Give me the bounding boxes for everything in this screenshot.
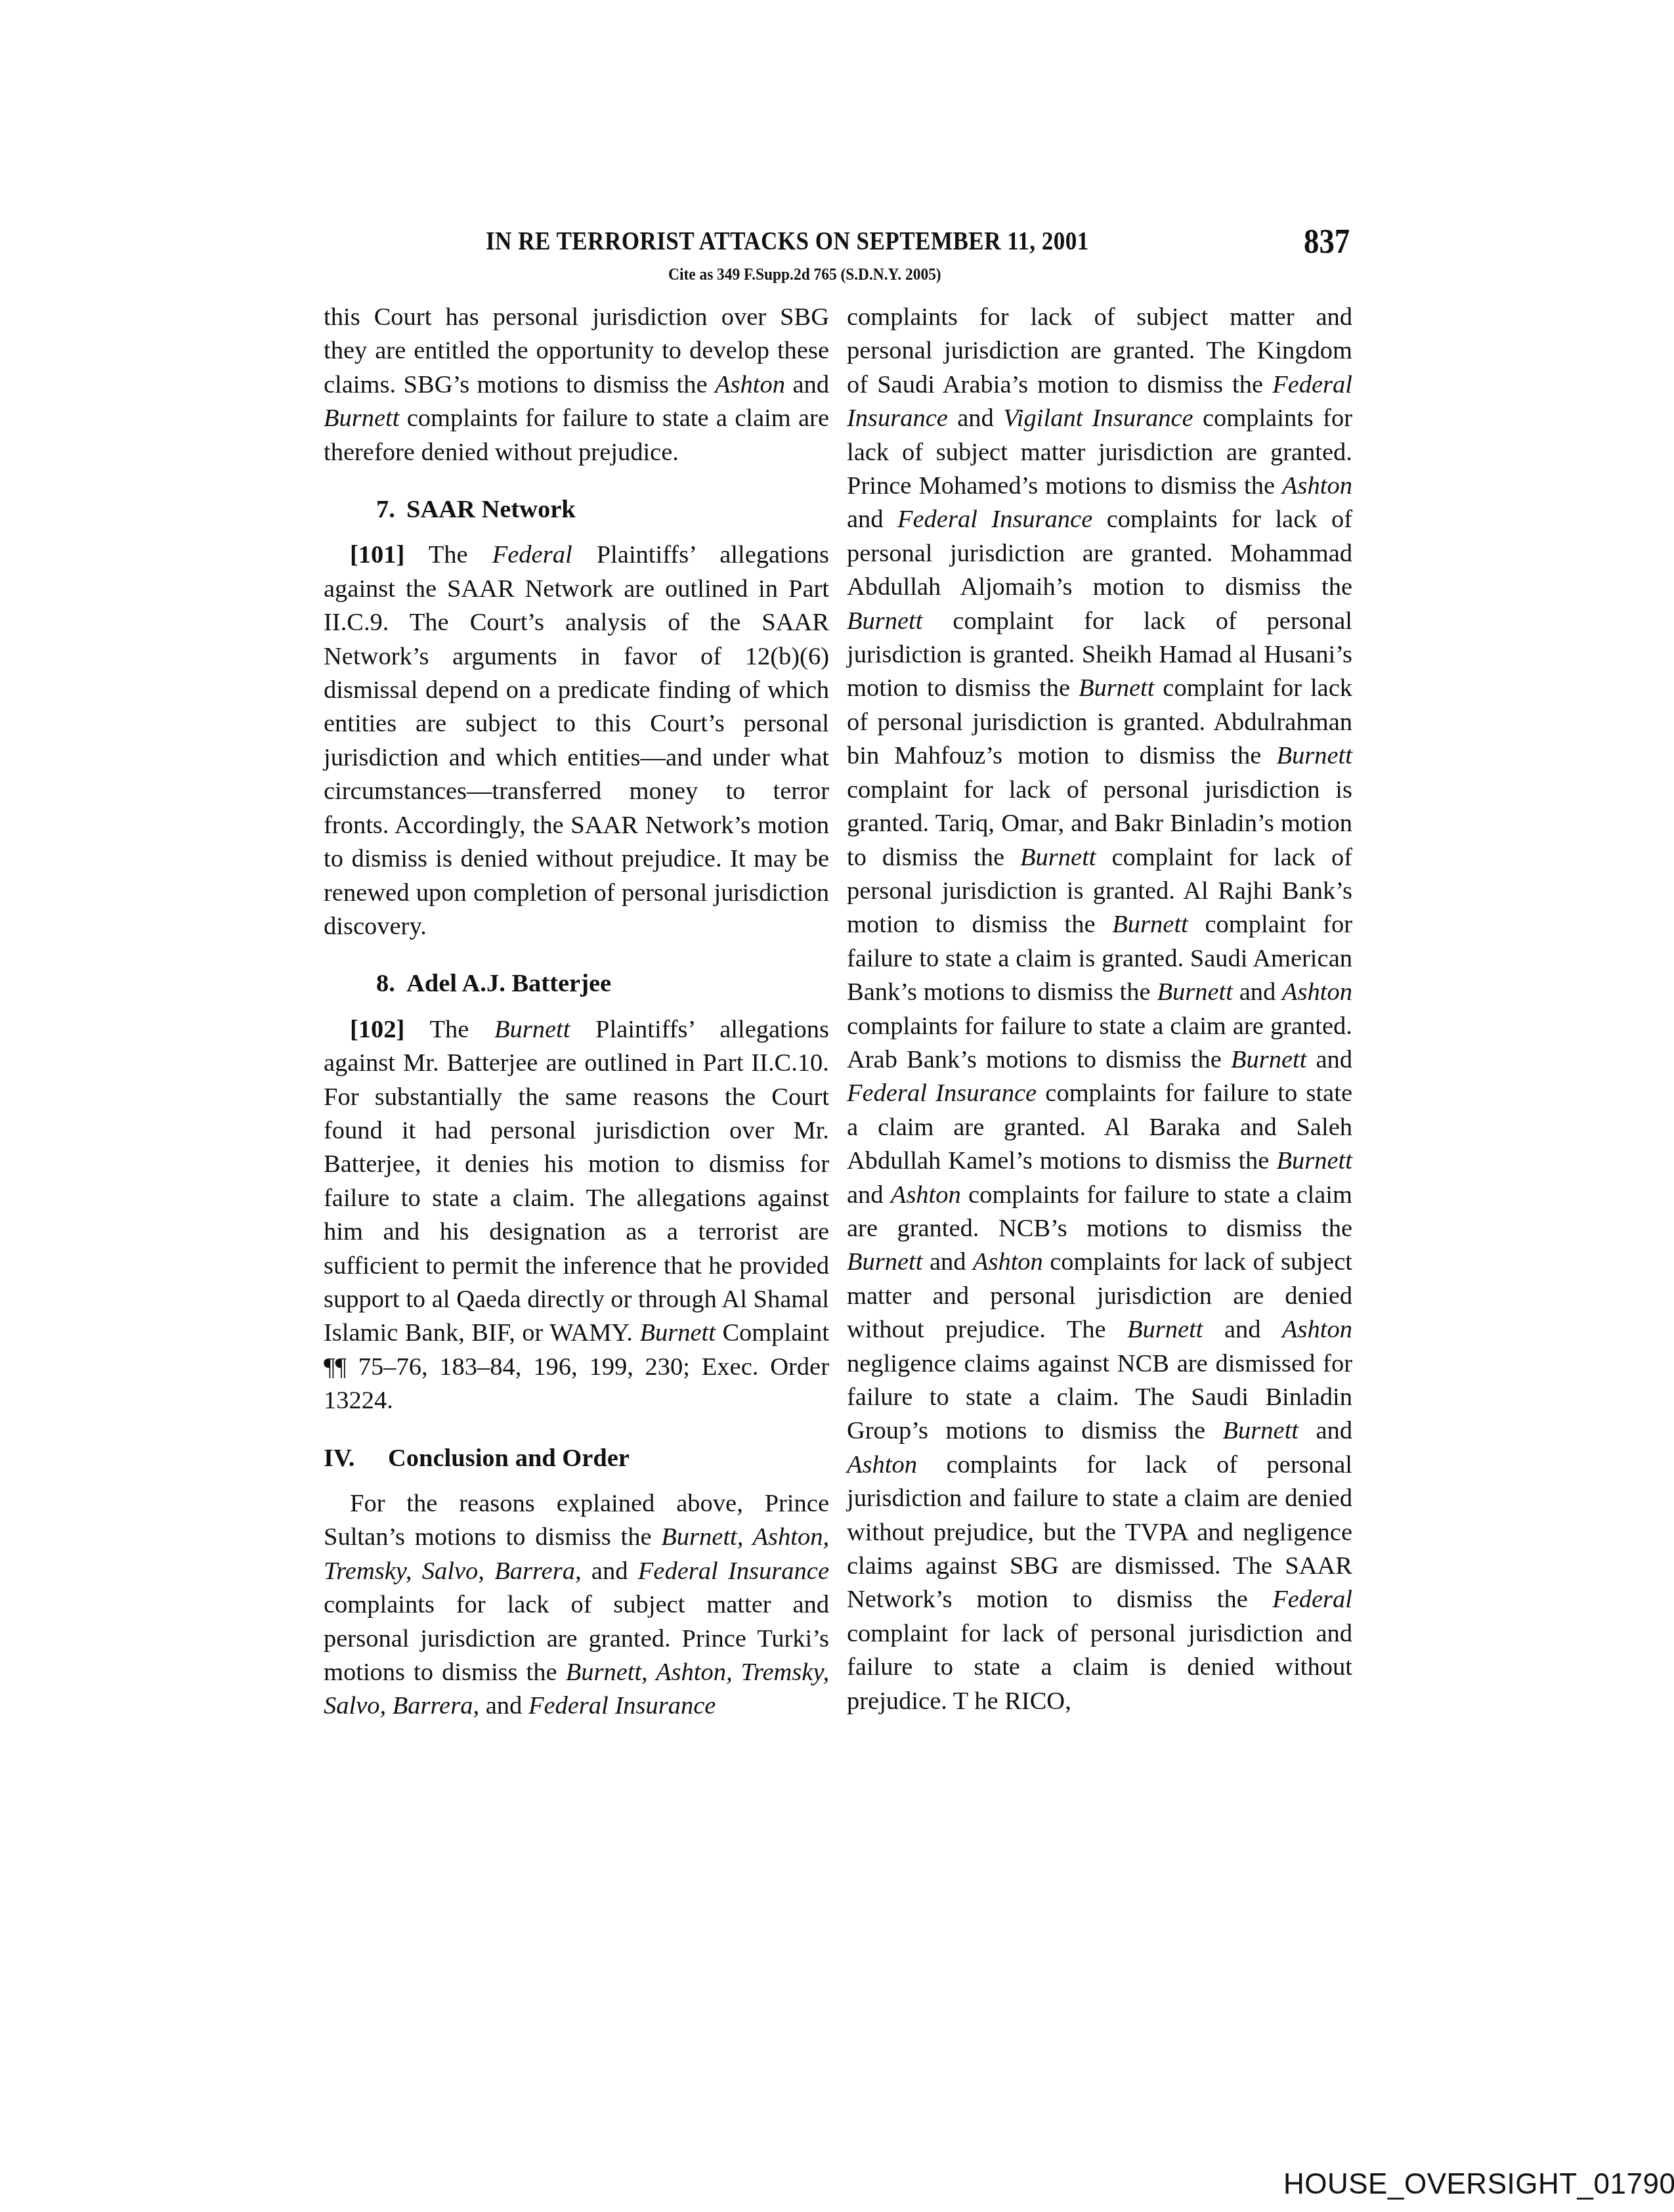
citation-line: Cite as 349 F.Supp.2d 765 (S.D.N.Y. 2005… (668, 265, 941, 284)
paragraph-batterjee: [102] The Burnett Plaintiffs’ allegation… (324, 1013, 829, 1418)
right-column: complaints for lack of subject matter an… (847, 301, 1352, 1718)
paragraph-conclusion-continued: complaints for lack of subject matter an… (847, 301, 1352, 1718)
bates-stamp: HOUSE_OVERSIGHT_017902 (1283, 2168, 1674, 2201)
section-heading-conclusion: IV.Conclusion and Order (324, 1442, 829, 1475)
section-heading-saar-network: 7.SAAR Network (324, 493, 829, 527)
document-page: IN RE TERRORIST ATTACKS ON SEPTEMBER 11,… (0, 0, 1674, 2212)
paragraph-saar-network: [101] The Federal Plaintiffs’ allegation… (324, 538, 829, 943)
headnote-number: [101] (350, 541, 404, 569)
section-heading-batterjee: 8.Adel A.J. Batterjee (324, 967, 829, 1001)
case-title: IN RE TERRORIST ATTACKS ON SEPTEMBER 11,… (486, 227, 1089, 256)
left-column: this Court has personal jurisdiction ove… (324, 301, 829, 1724)
paragraph-sbg-continuation: this Court has personal jurisdiction ove… (324, 301, 829, 469)
paragraph-conclusion: For the reasons explained above, Prince … (324, 1487, 829, 1724)
headnote-number: [102] (350, 1016, 404, 1043)
page-number: 837 (1304, 223, 1350, 261)
